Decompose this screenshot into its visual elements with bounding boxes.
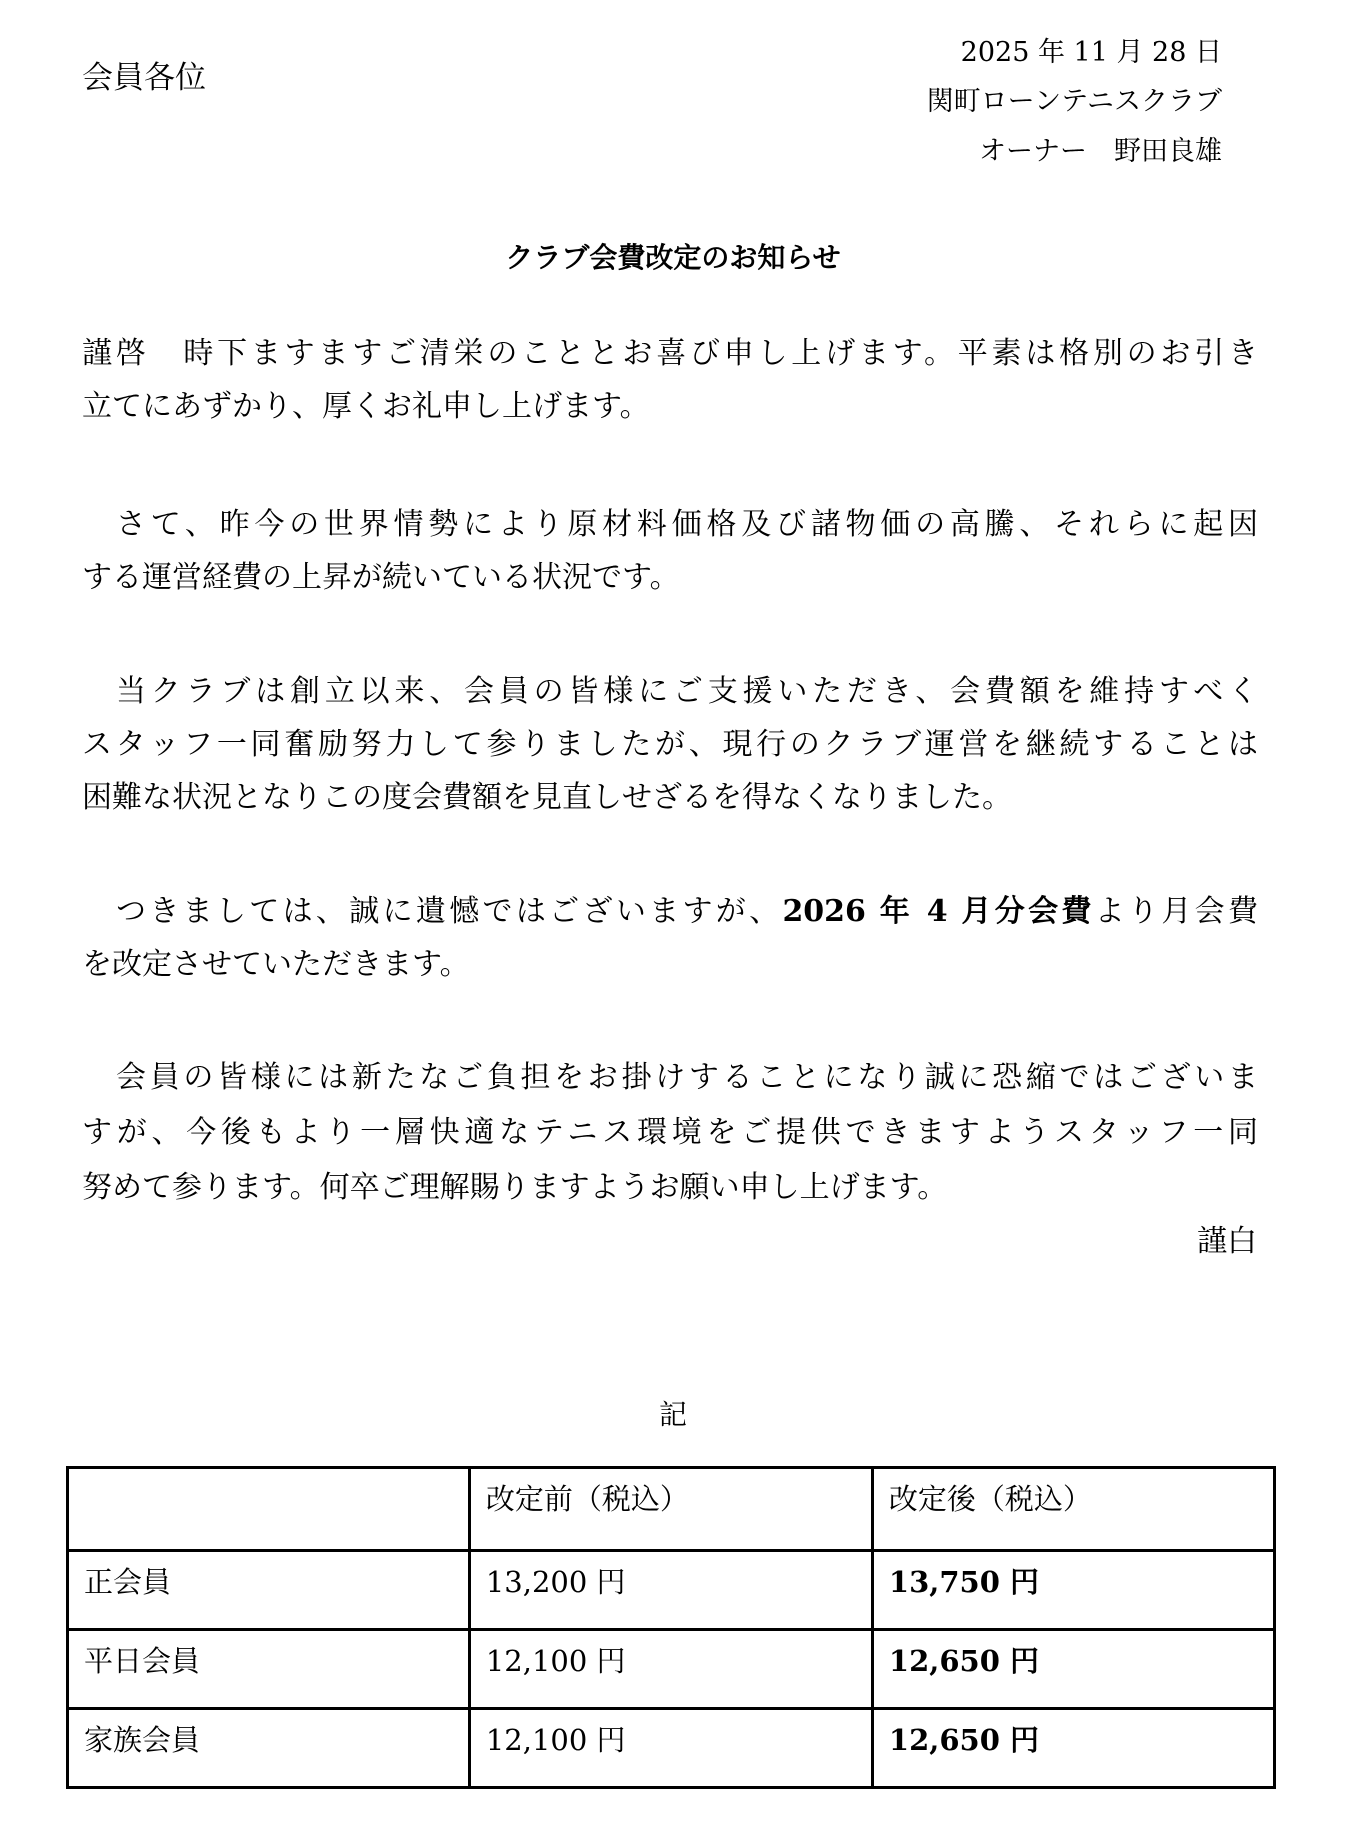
paragraph-4-line-2: を改定させていただきます。 <box>82 945 1258 985</box>
paragraph-4-line-1: つきましては、誠に遺憾ではございますが、2026 年 4 月分会費より月会費 <box>82 892 1258 932</box>
paragraph-3-line-3: 困難な状況となりこの度会費額を見直しせざるを得なくなりました。 <box>82 778 1258 818</box>
header-cell-after-revision: 改定後（税込） <box>872 1468 1274 1551</box>
sender-name: オーナー 野田良雄 <box>979 134 1222 170</box>
header-cell-before-revision: 改定前（税込） <box>469 1468 872 1551</box>
paragraph-1-line-2: 立てにあずかり、厚くお礼申し上げます。 <box>82 387 1258 427</box>
membership-type-cell: 平日会員 <box>68 1630 470 1709</box>
table-row: 家族会員 12,100 円 12,650 円 <box>68 1709 1275 1788</box>
addressee: 会員各位 <box>82 58 206 98</box>
paragraph-5-line-1: 会員の皆様には新たなご負担をお掛けすることになり誠に恐縮ではございま <box>82 1058 1258 1098</box>
paragraph-4-text-after: より月会費 <box>1095 894 1258 929</box>
letter-date: 2025 年 11 月 28 日 <box>961 35 1222 71</box>
header-cell-membership-type <box>68 1468 470 1551</box>
fee-before-cell: 12,100 円 <box>469 1709 872 1788</box>
membership-type-cell: 正会員 <box>68 1551 470 1630</box>
paragraph-3-line-2: スタッフ一同奮励努力して参りましたが、現行のクラブ運営を継続することは <box>82 725 1258 765</box>
paragraph-2-line-2: する運営経費の上昇が続いている状況です。 <box>82 558 1258 598</box>
paragraph-1-line-1: 謹啓 時下ますますご清栄のこととお喜び申し上げます。平素は格別のお引き <box>82 334 1258 374</box>
effective-date-emphasis: 2026 年 4 月分会費 <box>782 894 1094 929</box>
paragraph-3-line-1: 当クラブは創立以来、会員の皆様にご支援いただき、会費額を維持すべく <box>82 672 1258 712</box>
paragraph-2-line-1: さて、昨今の世界情勢により原材料価格及び諸物価の高騰、それらに起因 <box>82 505 1258 545</box>
fee-after-cell: 13,750 円 <box>872 1551 1274 1630</box>
fee-before-cell: 12,100 円 <box>469 1630 872 1709</box>
closing-phrase: 謹白 <box>1197 1222 1257 1262</box>
table-row: 正会員 13,200 円 13,750 円 <box>68 1551 1275 1630</box>
fee-after-cell: 12,650 円 <box>872 1630 1274 1709</box>
paragraph-4-text-before: つきましては、誠に遺憾ではございますが、 <box>116 894 782 929</box>
notes-heading: 記 <box>0 1395 1346 1435</box>
paragraph-5-line-2: すが、今後もより一層快適なテニス環境をご提供できますようスタッフ一同 <box>82 1113 1258 1153</box>
fee-after-cell: 12,650 円 <box>872 1709 1274 1788</box>
fee-before-cell: 13,200 円 <box>469 1551 872 1630</box>
membership-type-cell: 家族会員 <box>68 1709 470 1788</box>
fee-table: 改定前（税込） 改定後（税込） 正会員 13,200 円 13,750 円 平日… <box>66 1466 1276 1789</box>
organization-name: 関町ローンテニスクラブ <box>927 84 1222 120</box>
fee-table-header-row: 改定前（税込） 改定後（税込） <box>68 1468 1275 1551</box>
table-row: 平日会員 12,100 円 12,650 円 <box>68 1630 1275 1709</box>
document-title: クラブ会費改定のお知らせ <box>0 238 1346 278</box>
paragraph-5-line-3: 努めて参ります。何卒ご理解賜りますようお願い申し上げます。 <box>82 1168 1258 1208</box>
